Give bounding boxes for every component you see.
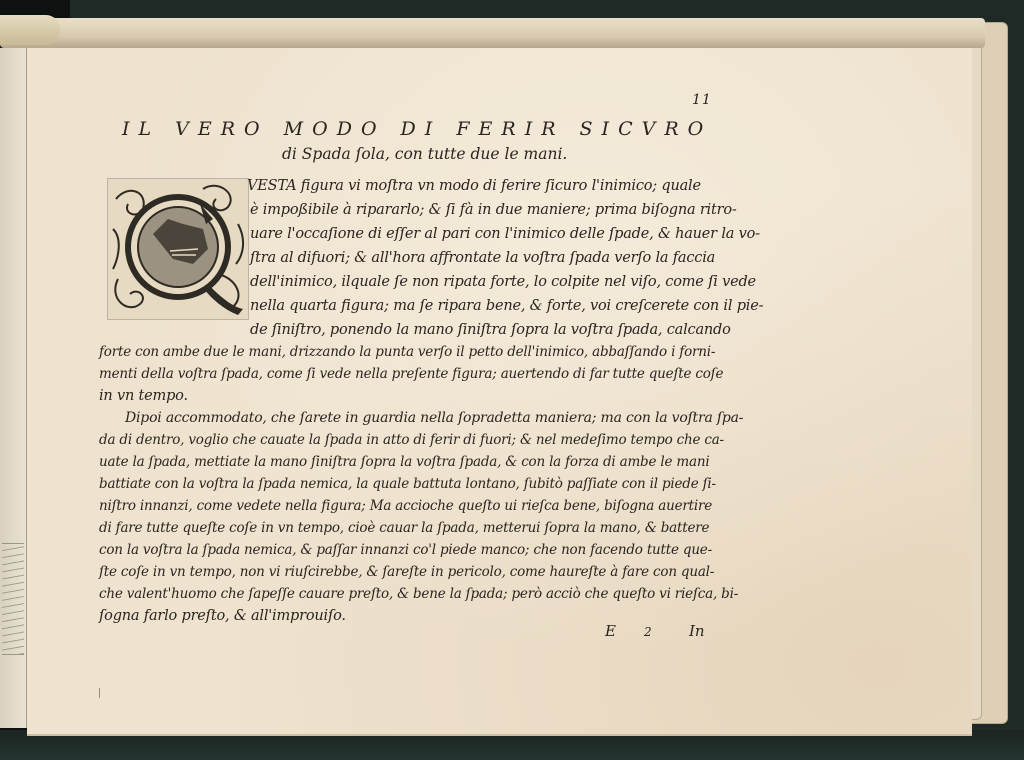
text-line: uare l'occaſione di eſſer al pari con l'… [250,224,760,244]
text-line: forte con ambe due le mani, drizzando la… [99,342,715,362]
text-line: VESTA figura vi moſtra vn modo di ferire… [247,176,701,196]
verso-engraving-fragment [2,543,24,655]
ornamental-initial-q-icon [107,178,249,320]
text-line: ſte coſe in vn tempo, non vi riuſcirebbe… [99,562,714,582]
text-line: niſtro innanzi, come vedete nella figura… [99,496,712,516]
text-line: con la voſtra la ſpada nemica, & paſſar … [99,540,712,560]
signature-mark: E [605,622,616,640]
text-line: ſtra al difuori; & all'hora affrontate l… [250,248,715,268]
text-line: menti della voſtra ſpada, come ſi vede n… [99,364,723,384]
page-title: IL VERO MODO DI FERIR SICVRO [122,118,742,140]
text-line: nella quarta figura; ma ſe ripara bene, … [250,296,763,316]
text-line: uate la ſpada, mettiate la mano ſiniſtra… [99,452,709,472]
text-line: battiate con la voſtra la ſpada nemica, … [99,474,716,494]
catchword: In [689,622,705,640]
text-line: Dipoi accommodato, che ſarete in guardia… [125,408,743,428]
page-subtitle: di Spada ſola, con tutte due le mani. [282,145,567,163]
page-number: 11 [692,92,712,108]
text-line: in vn tempo. [99,386,188,406]
text-line: da di dentro, voglio che cauate la ſpada… [99,430,724,450]
text-line: è impoßibile à ripararlo; & ſi fà in due… [250,200,737,220]
text-line: ſogna farlo preſto, & all'improuiſo. [99,606,346,626]
ink-speck [99,688,100,698]
text-line: di fare tutte queſte coſe in vn tempo, c… [99,518,709,538]
signature-number: 2 [644,625,652,639]
binding-roll [0,15,60,45]
top-page-edges [0,18,985,48]
verso-page-edge [0,48,27,728]
text-line: de ſiniſtro, ponendo la mano ſiniſtra ſo… [250,320,731,340]
text-line: che valent'huomo che ſapeſſe cauare preſ… [99,584,738,604]
book-page: 11 IL VERO MODO DI FERIR SICVRO di Spada… [27,48,972,736]
text-line: dell'inimico, ilquale ſe non ripata fort… [250,272,756,292]
